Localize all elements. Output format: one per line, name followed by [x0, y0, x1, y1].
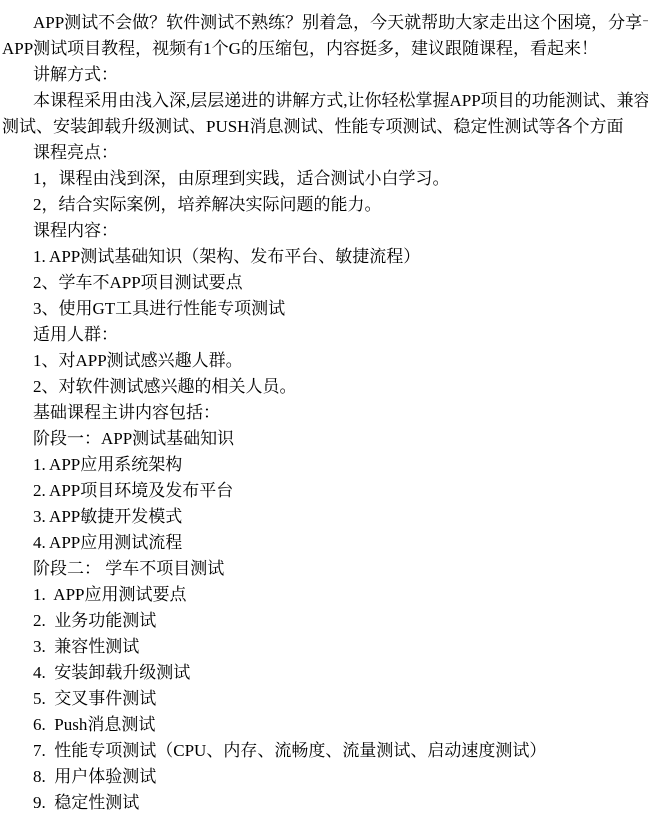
text-line: APP测试不会做？软件测试不熟练？别着急，今天就帮助大家走出这个困境，分享一套 [2, 10, 648, 36]
text-line: 基础课程主讲内容包括： [2, 400, 648, 426]
text-line: 2、对软件测试感兴趣的相关人员。 [2, 374, 648, 400]
text-line: 1. APP测试基础知识（架构、发布平台、敏捷流程） [2, 244, 648, 270]
text-line: 3. 兼容性测试 [2, 634, 648, 660]
text-line: 4. 安装卸载升级测试 [2, 660, 648, 686]
text-line: 5. 交叉事件测试 [2, 686, 648, 712]
text-line: 7. 性能专项测试（CPU、内存、流畅度、流量测试、启动速度测试） [2, 738, 648, 764]
text-line: 2、学车不APP项目测试要点 [2, 270, 648, 296]
text-line: 课程亮点： [2, 140, 648, 166]
text-line: 6. Push消息测试 [2, 712, 648, 738]
text-line: 8. 用户体验测试 [2, 764, 648, 790]
text-line: 3. APP敏捷开发模式 [2, 504, 648, 530]
text-line: 适用人群： [2, 322, 648, 348]
text-line: 讲解方式： [2, 62, 648, 88]
text-line: 1、对APP测试感兴趣人群。 [2, 348, 648, 374]
text-line: 1. APP应用系统架构 [2, 452, 648, 478]
text-line: 测试、安装卸载升级测试、PUSH消息测试、性能专项测试、稳定性测试等各个方面 [2, 114, 648, 140]
text-line: APP测试项目教程，视频有1个G的压缩包，内容挺多，建议跟随课程，看起来！ [2, 36, 648, 62]
text-line: 9. 稳定性测试 [2, 790, 648, 816]
text-line: 2，结合实际案例，培养解决实际问题的能力。 [2, 192, 648, 218]
text-line: 本课程采用由浅入深,层层递进的讲解方式,让你轻松掌握APP项目的功能测试、兼容性 [2, 88, 648, 114]
text-line: 阶段一：APP测试基础知识 [2, 426, 648, 452]
text-line: 4. APP应用测试流程 [2, 530, 648, 556]
text-line: 课程内容： [2, 218, 648, 244]
document-body: APP测试不会做？软件测试不熟练？别着急，今天就帮助大家走出这个困境，分享一套A… [0, 0, 650, 816]
document-page: APP测试不会做？软件测试不熟练？别着急，今天就帮助大家走出这个困境，分享一套A… [0, 0, 650, 822]
text-line: 2. 业务功能测试 [2, 608, 648, 634]
text-line: 1，课程由浅到深，由原理到实践，适合测试小白学习。 [2, 166, 648, 192]
text-line: 3、使用GT工具进行性能专项测试 [2, 296, 648, 322]
text-line: 阶段二： 学车不项目测试 [2, 556, 648, 582]
text-line: 1. APP应用测试要点 [2, 582, 648, 608]
text-line: 2. APP项目环境及发布平台 [2, 478, 648, 504]
